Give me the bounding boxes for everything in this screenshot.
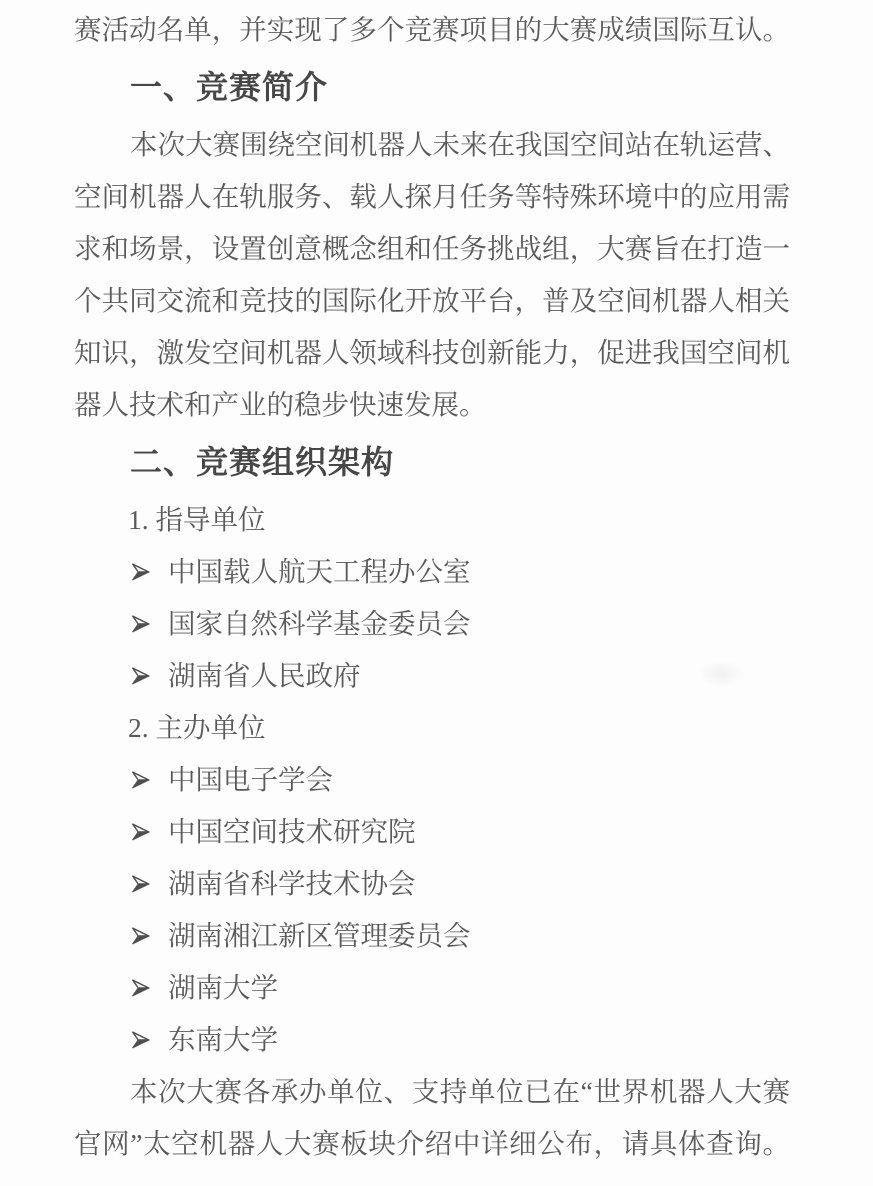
arrow-bullet-icon: [130, 821, 152, 843]
arrow-bullet-icon: [130, 1029, 152, 1051]
org-name: 湖南省人民政府: [168, 650, 361, 702]
arrow-bullet-icon: [130, 977, 152, 999]
intro-continuation-line: 赛活动名单，并实现了多个竞赛项目的大赛成绩国际互认。: [74, 4, 790, 56]
org-name: 东南大学: [168, 1014, 278, 1066]
org-name: 国家自然科学基金委员会: [168, 598, 471, 650]
scanned-document-page: 赛活动名单，并实现了多个竞赛项目的大赛成绩国际互认。 一、竞赛简介 本次大赛围绕…: [0, 0, 873, 1186]
section-2-heading: 二、竞赛组织架构: [74, 436, 790, 488]
org-list-item: 湖南湘江新区管理委员会: [74, 910, 790, 962]
closing-paragraph-line: 本次大赛各承办单位、支持单位已在“世界机器人大赛: [74, 1066, 790, 1118]
org-list-item: 东南大学: [74, 1014, 790, 1066]
arrow-bullet-icon: [130, 665, 152, 687]
section-1-paragraph-line: 知识，激发空间机器人领域科技创新能力，促进我国空间机: [74, 327, 790, 379]
section-1-paragraph-line: 求和场景，设置创意概念组和任务挑战组，大赛旨在打造一: [74, 223, 790, 275]
arrow-bullet-icon: [130, 613, 152, 635]
org-list-item: 中国空间技术研究院: [74, 806, 790, 858]
org-list-item: 国家自然科学基金委员会: [74, 598, 790, 650]
org-name: 中国空间技术研究院: [168, 806, 416, 858]
section-1-paragraph-line: 空间机器人在轨服务、载人探月任务等特殊环境中的应用需: [74, 171, 790, 223]
org-list-item: 湖南大学: [74, 962, 790, 1014]
section-1-heading: 一、竞赛简介: [74, 61, 790, 113]
group-1-label: 1. 指导单位: [74, 494, 790, 546]
org-name: 湖南省科学技术协会: [168, 858, 416, 910]
org-list-item: 中国载人航天工程办公室: [74, 546, 790, 598]
org-list-item: 湖南省科学技术协会: [74, 858, 790, 910]
org-name: 湖南湘江新区管理委员会: [168, 910, 471, 962]
closing-paragraph-line: 官网”太空机器人大赛板块介绍中详细公布，请具体查询。: [74, 1118, 790, 1170]
org-list-item: 湖南省人民政府: [74, 650, 790, 702]
org-name: 湖南大学: [168, 962, 278, 1014]
arrow-bullet-icon: [130, 873, 152, 895]
org-list-item: 中国电子学会: [74, 754, 790, 806]
document-content: 赛活动名单，并实现了多个竞赛项目的大赛成绩国际互认。 一、竞赛简介 本次大赛围绕…: [74, 4, 790, 1170]
section-1-paragraph-line: 本次大赛围绕空间机器人未来在我国空间站在轨运营、: [74, 119, 790, 171]
section-1-paragraph-line: 器人技术和产业的稳步快速发展。: [74, 379, 790, 431]
arrow-bullet-icon: [130, 925, 152, 947]
section-1-paragraph-line: 个共同交流和竞技的国际化开放平台，普及空间机器人相关: [74, 275, 790, 327]
group-2-label: 2. 主办单位: [74, 702, 790, 754]
arrow-bullet-icon: [130, 769, 152, 791]
org-name: 中国载人航天工程办公室: [168, 546, 471, 598]
org-name: 中国电子学会: [168, 754, 333, 806]
arrow-bullet-icon: [130, 561, 152, 583]
